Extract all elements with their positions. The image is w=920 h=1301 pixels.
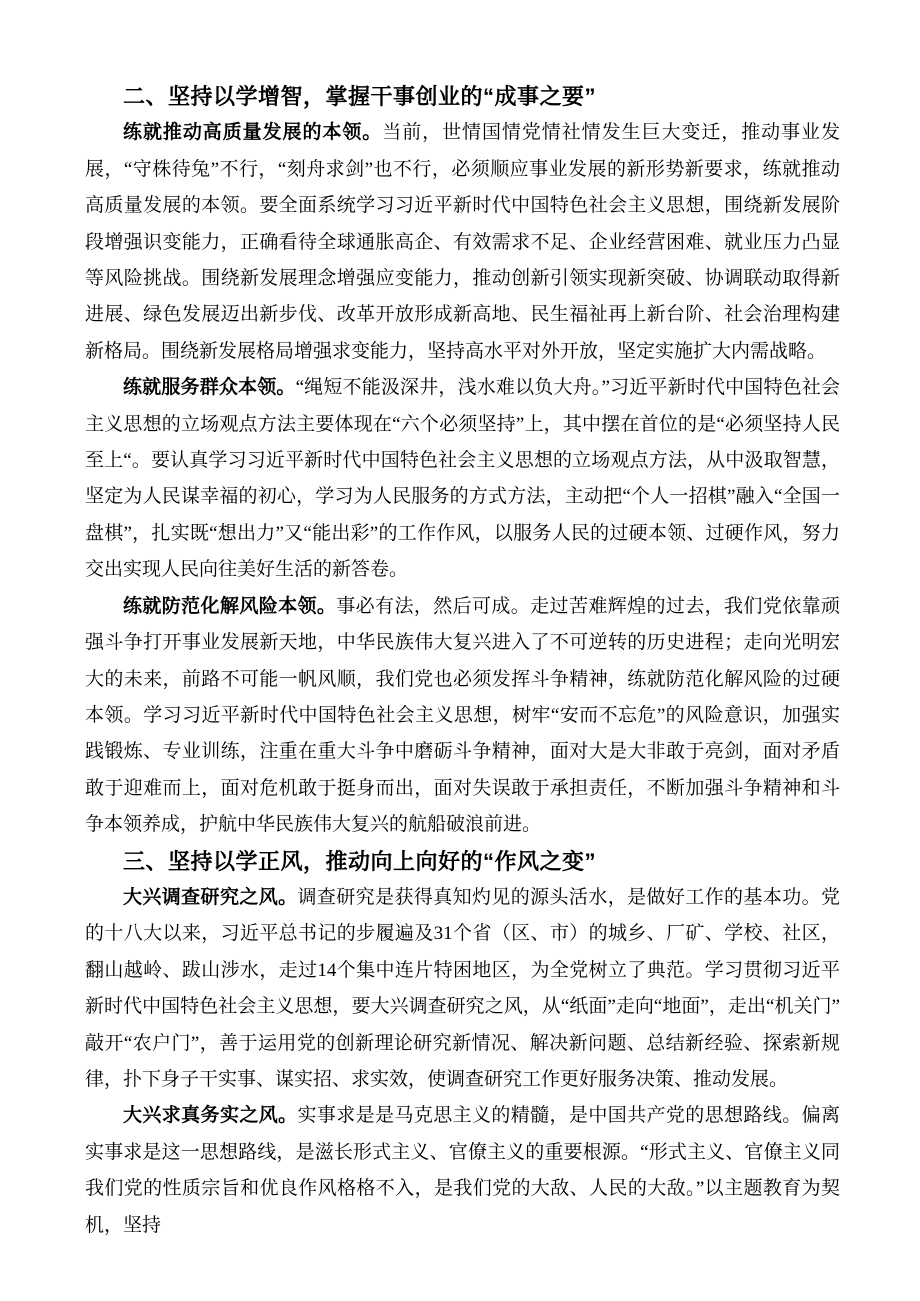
- paragraph-lead: 练就推动高质量发展的本领。: [123, 122, 382, 143]
- paragraph-lead: 大兴求真务实之风。: [123, 1105, 298, 1126]
- paragraph: 练就服务群众本领。“绳短不能汲深井，浅水难以负大舟。”习近平新时代中国特色社会主…: [85, 370, 840, 588]
- paragraph-lead: 大兴调查研究之风。: [123, 887, 298, 908]
- document-page: 二、坚持以学增智，掌握干事创业的“成事之要” 练就推动高质量发展的本领。当前，世…: [0, 0, 920, 1301]
- section-heading-2: 二、坚持以学增智，掌握干事创业的“成事之要”: [85, 79, 840, 115]
- paragraph: 练就防范化解风险本领。事必有法，然后可成。走过苦难辉煌的过去，我们党依靠顽强斗争…: [85, 589, 840, 844]
- paragraph-lead: 练就服务群众本领。: [123, 377, 296, 398]
- paragraph: 大兴求真务实之风。实事求是是马克思主义的精髓，是中国共产党的思想路线。偏离实事求…: [85, 1098, 840, 1244]
- paragraph-lead: 练就防范化解风险本领。: [123, 596, 336, 617]
- paragraph: 练就推动高质量发展的本领。当前，世情国情党情社情发生巨大变迁，推动事业发展，“守…: [85, 115, 840, 370]
- paragraph-body: 事必有法，然后可成。走过苦难辉煌的过去，我们党依靠顽强斗争打开事业发展新天地，中…: [85, 596, 840, 835]
- paragraph-body: 当前，世情国情党情社情发生巨大变迁，推动事业发展，“守株待兔”不行，“刻舟求剑”…: [85, 122, 840, 361]
- paragraph-body: 调查研究是获得真知灼见的源头活水，是做好工作的基本功。党的十八大以来，习近平总书…: [85, 887, 840, 1090]
- section-heading-3: 三、坚持以学正风，推动向上向好的“作风之变”: [85, 844, 840, 880]
- paragraph-body: “绳短不能汲深井，浅水难以负大舟。”习近平新时代中国特色社会主义思想的立场观点方…: [85, 377, 840, 580]
- paragraph: 大兴调查研究之风。调查研究是获得真知灼见的源头活水，是做好工作的基本功。党的十八…: [85, 880, 840, 1098]
